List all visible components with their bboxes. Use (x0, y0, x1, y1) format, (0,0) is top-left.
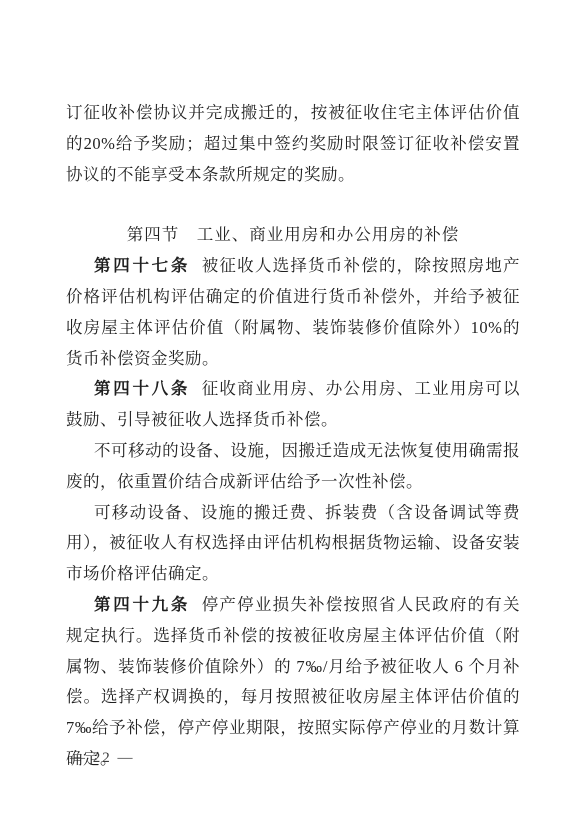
article-48-subparagraph-1: 不可移动的设备、设施，因搬迁造成无法恢复使用确需报废的，依重置价结合成新评估给予… (66, 436, 520, 498)
article-49-paragraph: 第四十九条停产停业损失补偿按照省人民政府的有关规定执行。选择货币补偿的按被征收房… (66, 590, 520, 775)
page-number: — 22 — (70, 750, 135, 767)
article-47-paragraph: 第四十七条被征收人选择货币补偿的，除按照房地产价格评估机构评估确定的价值进行货币… (66, 251, 520, 374)
document-body: 订征收补偿协议并完成搬迁的，按被征收住宅主体评估价值的20%给予奖励；超过集中签… (66, 98, 520, 775)
article-48-number: 第四十八条 (94, 379, 190, 398)
article-47-number: 第四十七条 (94, 256, 190, 275)
article-49-text: 停产停业损失补偿按照省人民政府的有关规定执行。选择货币补偿的按被征收房屋主体评估… (66, 595, 520, 768)
section-heading: 第四节 工业、商业用房和办公用房的补偿 (66, 220, 520, 251)
paragraph-continuation: 订征收补偿协议并完成搬迁的，按被征收住宅主体评估价值的20%给予奖励；超过集中签… (66, 98, 520, 190)
article-48-paragraph: 第四十八条征收商业用房、办公用房、工业用房可以鼓励、引导被征收人选择货币补偿。 (66, 374, 520, 436)
article-49-number: 第四十九条 (94, 595, 190, 614)
document-page: 订征收补偿协议并完成搬迁的，按被征收住宅主体评估价值的20%给予奖励；超过集中签… (0, 0, 586, 836)
article-48-subparagraph-2: 可移动设备、设施的搬迁费、拆装费（含设备调试等费用），被征收人有权选择由评估机构… (66, 498, 520, 590)
